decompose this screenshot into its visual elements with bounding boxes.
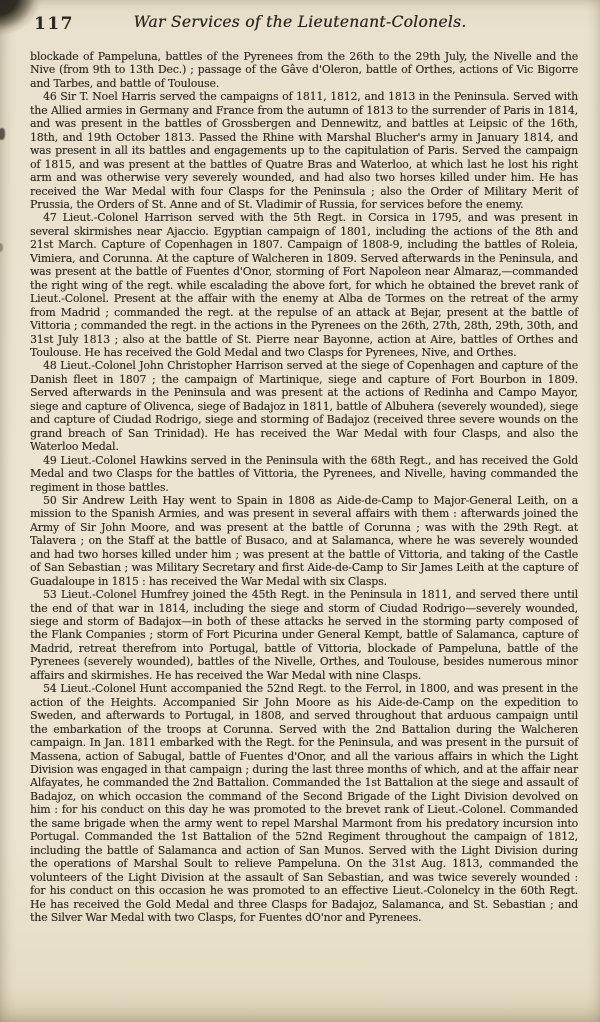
scanned-book-page: { "document": { "page_number": "117", "r… [0,0,600,1022]
paragraph-entry-50: 50 Sir Andrew Leith Hay went to Spain in… [30,494,578,588]
paragraph-entry-47: 47 Lieut.-Colonel Harrison served with t… [30,211,578,359]
paragraph-entry-49: 49 Lieut.-Colonel Hawkins served in the … [30,454,578,494]
paragraph-entry-48: 48 Lieut.-Colonel John Christopher Harri… [30,359,578,453]
paragraph-continuation: blockade of Pampeluna, battles of the Py… [30,50,578,90]
running-title: War Services of the Lieutenant-Colonels. [0,13,600,31]
paragraph-entry-53: 53 Lieut.-Colonel Humfrey joined the 45t… [30,588,578,682]
paragraph-entry-54: 54 Lieut.-Colonel Hunt accompanied the 5… [30,682,578,924]
page-body: blockade of Pampeluna, battles of the Py… [30,50,578,924]
ink-speck [0,128,5,140]
page-header: 117 War Services of the Lieutenant-Colon… [0,13,600,39]
ink-speck [0,243,3,252]
paragraph-entry-46: 46 Sir T. Noel Harris served the campaig… [30,90,578,211]
